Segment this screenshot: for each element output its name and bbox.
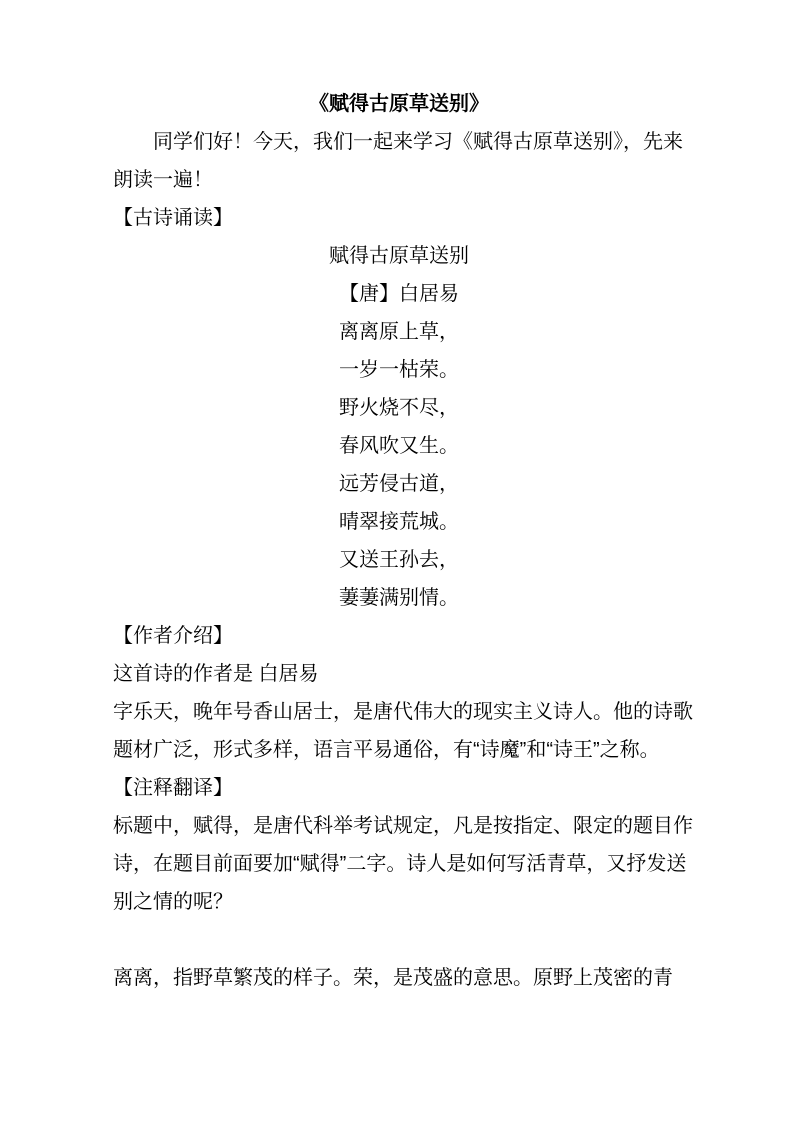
poem-line: 晴翠接荒城。 [113, 503, 685, 541]
notes-line-2: 诗，在题目前面要加“赋得”二字。诗人是如何写活青草，又抒发送 [113, 845, 685, 883]
intro-line-2: 朗读一遍！ [113, 161, 685, 199]
author-intro-line-2: 字乐天，晚年号香山居士，是唐代伟大的现实主义诗人。他的诗歌 [113, 693, 685, 731]
document-content: 《赋得古原草送别》 同学们好！今天，我们一起来学习《赋得古原草送别》，先来 朗读… [113, 85, 685, 997]
poem-line: 离离原上草， [113, 313, 685, 351]
section-header-recite: 【古诗诵读】 [113, 199, 685, 237]
blank-line [113, 921, 685, 959]
document-page: 《赋得古原草送别》 同学们好！今天，我们一起来学习《赋得古原草送别》，先来 朗读… [0, 0, 793, 1123]
poem-line: 春风吹又生。 [113, 427, 685, 465]
section-header-author: 【作者介绍】 [113, 617, 685, 655]
notes-line-1: 标题中，赋得，是唐代科举考试规定，凡是按指定、限定的题目作 [113, 807, 685, 845]
poem-line: 野火烧不尽， [113, 389, 685, 427]
document-title: 《赋得古原草送别》 [113, 85, 685, 123]
poem-line: 萋萋满别情。 [113, 579, 685, 617]
poem-line: 远芳侵古道， [113, 465, 685, 503]
section-header-notes: 【注释翻译】 [113, 769, 685, 807]
poem-title: 赋得古原草送别 [113, 237, 685, 275]
poem-line: 一岁一枯荣。 [113, 351, 685, 389]
glossary-line-1: 离离，指野草繁茂的样子。荣，是茂盛的意思。原野上茂密的青 [113, 959, 685, 997]
intro-line-1: 同学们好！今天，我们一起来学习《赋得古原草送别》，先来 [113, 123, 685, 161]
poem-line: 又送王孙去， [113, 541, 685, 579]
poem-author: 【唐】白居易 [113, 275, 685, 313]
notes-line-3: 别之情的呢？ [113, 883, 685, 921]
author-intro-line-3: 题材广泛，形式多样，语言平易通俗，有“诗魔”和“诗王”之称。 [113, 731, 685, 769]
author-intro-line-1: 这首诗的作者是 白居易 [113, 655, 685, 693]
